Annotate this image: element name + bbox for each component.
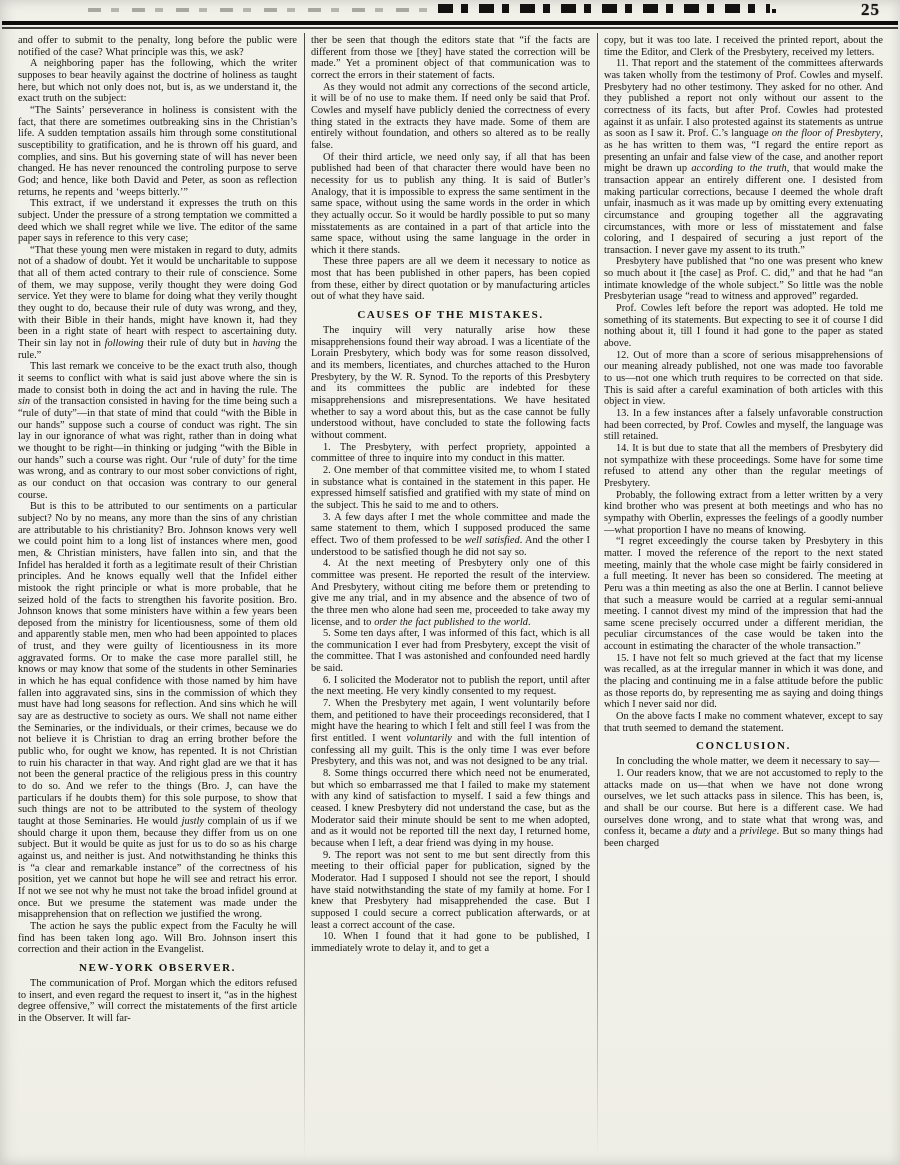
column-2: ther be seen that though the editors sta… [305, 33, 597, 1159]
italic-text: privilege [740, 826, 777, 837]
paragraph: Probably, the following extract from a l… [604, 490, 883, 537]
paragraph: 15. I have not felt so much grieved at t… [604, 653, 883, 711]
masthead-clipped-title-faint [88, 8, 433, 12]
paragraph: This extract, if we understand it expres… [18, 198, 297, 245]
paragraph: 14. It is but due to state that all the … [604, 443, 883, 490]
paragraph: 1. The Presbytery, with perfect propriet… [311, 442, 590, 465]
paragraph: 10. When I found that it had gone to be … [311, 931, 590, 954]
paragraph: Prof. Cowles left before the report was … [604, 303, 883, 350]
masthead-clipped-title [438, 4, 770, 13]
paragraph: Of their third article, we need only say… [311, 152, 590, 257]
masthead-period [772, 9, 776, 13]
paragraph: This last remark we conceive to be the e… [18, 361, 297, 501]
italic-text: following [105, 338, 144, 349]
page-number: 25 [861, 0, 880, 20]
paragraph: In concluding the whole matter, we deem … [604, 756, 883, 768]
paragraph: ther be seen that though the editors sta… [311, 35, 590, 82]
italic-text: according to the truth [691, 163, 786, 174]
paragraph: copy, but it was too late. I received th… [604, 35, 883, 58]
italic-text: voluntarily [406, 733, 451, 744]
italic-text: order the fact published to the world [374, 617, 528, 628]
paragraph: 5. Some ten days after, I was informed o… [311, 628, 590, 675]
paragraph: On the above facts I make no comment wha… [604, 711, 883, 734]
paragraph: But is this to be attributed to our sent… [18, 501, 297, 921]
paragraph: 1. Our readers know, that we are not acc… [604, 768, 883, 850]
paragraph: A neighboring paper has the following, w… [18, 58, 297, 105]
paragraph: and offer to submit to the penalty, long… [18, 35, 297, 58]
paragraph: As they would not admit any corrections … [311, 82, 590, 152]
paragraph: 7. When the Presbytery met again, I went… [311, 698, 590, 768]
section-heading: CONCLUSION. [604, 740, 883, 752]
paragraph: The action he says the public expect fro… [18, 921, 297, 956]
paragraph: 4. At the next meeting of Presbytery onl… [311, 558, 590, 628]
article-columns: and offer to submit to the penalty, long… [0, 29, 900, 1159]
italic-text: sin [18, 396, 30, 407]
italic-text: having [253, 338, 281, 349]
paragraph: The communication of Prof. Morgan which … [18, 978, 297, 1025]
newspaper-page: 25 and offer to submit to the penalty, l… [0, 0, 900, 1165]
paragraph: 9. The report was not sent to me but sen… [311, 850, 590, 932]
section-heading: NEW-YORK OBSERVER. [18, 962, 297, 974]
paragraph: “I regret exceedingly the course taken b… [604, 536, 883, 653]
column-3: copy, but it was too late. I received th… [598, 33, 890, 1159]
paragraph: 12. Out of more than a score of serious … [604, 350, 883, 408]
italic-text: on the floor of Presbytery [772, 128, 881, 139]
paragraph: 3. A few days after I met the whole comm… [311, 512, 590, 559]
column-1: and offer to submit to the penalty, long… [12, 33, 304, 1159]
paragraph: 6. I solicited the Moderator not to publ… [311, 675, 590, 698]
paragraph: “That these young men were mistaken in r… [18, 245, 297, 362]
paragraph: These three papers are all we deem it ne… [311, 256, 590, 303]
italic-text: well satisfied [465, 535, 520, 546]
paragraph: 2. One member of that committee visited … [311, 465, 590, 512]
paragraph: 11. That report and the statement of the… [604, 58, 883, 256]
masthead: 25 [0, 0, 900, 21]
paragraph: The inquiry will very naturally arise ho… [311, 325, 590, 442]
paragraph: 8. Some things occurred there which need… [311, 768, 590, 850]
italic-text: duty [693, 826, 711, 837]
paragraph: “The Saints’ perseverance in holiness is… [18, 105, 297, 198]
italic-text: justly [182, 816, 204, 827]
section-heading: CAUSES OF THE MISTAKES. [311, 309, 590, 321]
paragraph: Presbytery have published that “no one w… [604, 256, 883, 303]
paragraph: 13. In a few instances after a falsely u… [604, 408, 883, 443]
